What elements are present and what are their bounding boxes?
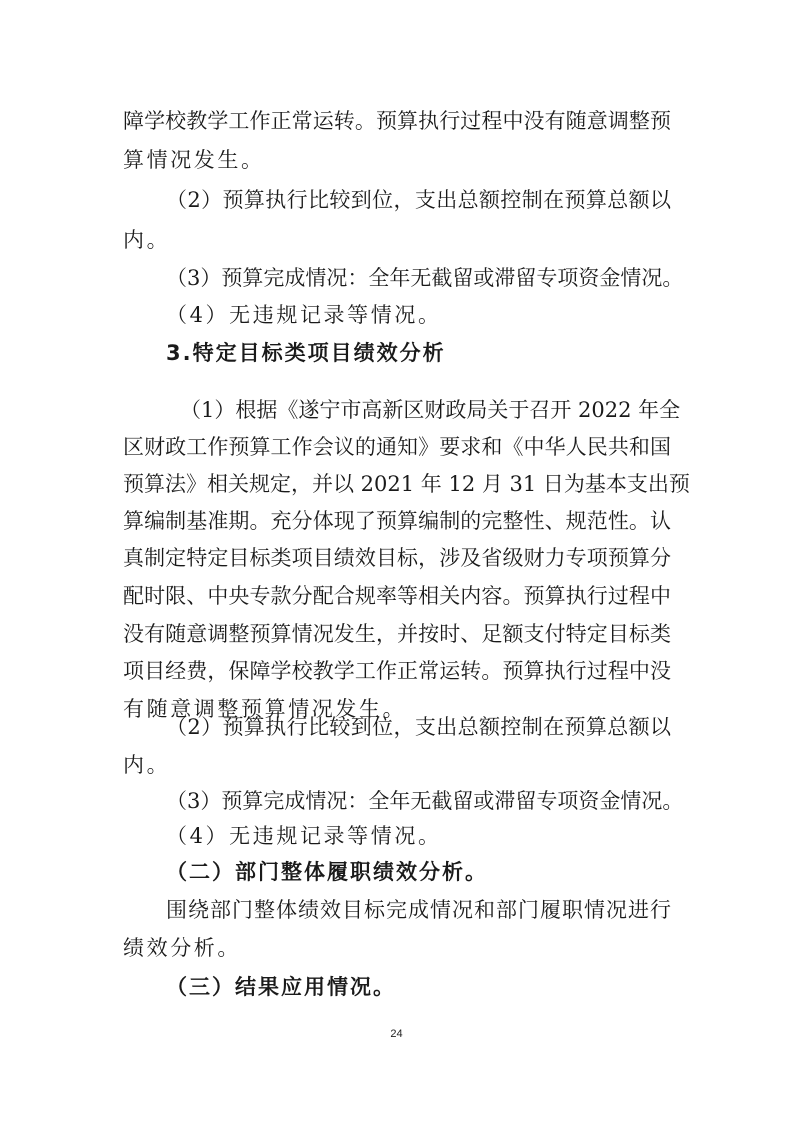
paragraph-line: （4）无违规记录等情况。 xyxy=(166,302,671,328)
paragraph-line: 项目经费，保障学校教学工作正常运转。预算执行过程中没 xyxy=(123,658,671,684)
paragraph-line: 区财政工作预算工作会议的通知》要求和《中华人民共和国 xyxy=(123,434,671,460)
paragraph-line: 算编制基准期。充分体现了预算编制的完整性、规范性。认 xyxy=(123,508,671,534)
paragraph-line: 配时限、中央专款分配合规率等相关内容。预算执行过程中 xyxy=(123,583,671,609)
paragraph-line: （2）预算执行比较到位，支出总额控制在预算总额以 xyxy=(166,714,671,740)
page-number: 24 xyxy=(0,1028,793,1040)
paragraph-line: （1）根据《遂宁市高新区财政局关于召开 2022 年全 xyxy=(180,397,671,423)
paragraph-line: 没有随意调整预算情况发生，并按时、足额支付特定目标类 xyxy=(123,621,671,647)
paragraph-line: 真制定特定目标类项目绩效目标，涉及省级财力专项预算分 xyxy=(123,545,671,571)
paragraph-line: 障学校教学工作正常运转。预算执行过程中没有随意调整预 xyxy=(123,108,671,134)
section-heading: （二）部门整体履职绩效分析。 xyxy=(166,859,671,885)
paragraph-line: 内。 xyxy=(123,752,671,778)
paragraph-line: （2）预算执行比较到位，支出总额控制在预算总额以 xyxy=(166,187,671,213)
paragraph-line: （3）预算完成情况：全年无截留或滞留专项资金情况。 xyxy=(166,788,671,814)
paragraph-line: 内。 xyxy=(123,227,671,253)
paragraph-line: （4）无违规记录等情况。 xyxy=(166,823,671,849)
section-heading: （三）结果应用情况。 xyxy=(166,974,671,1000)
section-heading: 3.特定目标类项目绩效分析 xyxy=(166,340,671,366)
paragraph-line: 算情况发生。 xyxy=(123,147,671,173)
paragraph-line: 预算法》相关规定，并以 2021 年 12 月 31 日为基本支出预 xyxy=(123,471,671,497)
paragraph-line: 绩效分析。 xyxy=(123,935,671,961)
paragraph-line: （3）预算完成情况：全年无截留或滞留专项资金情况。 xyxy=(166,265,671,291)
paragraph-line: 围绕部门整体绩效目标完成情况和部门履职情况进行 xyxy=(166,897,671,923)
